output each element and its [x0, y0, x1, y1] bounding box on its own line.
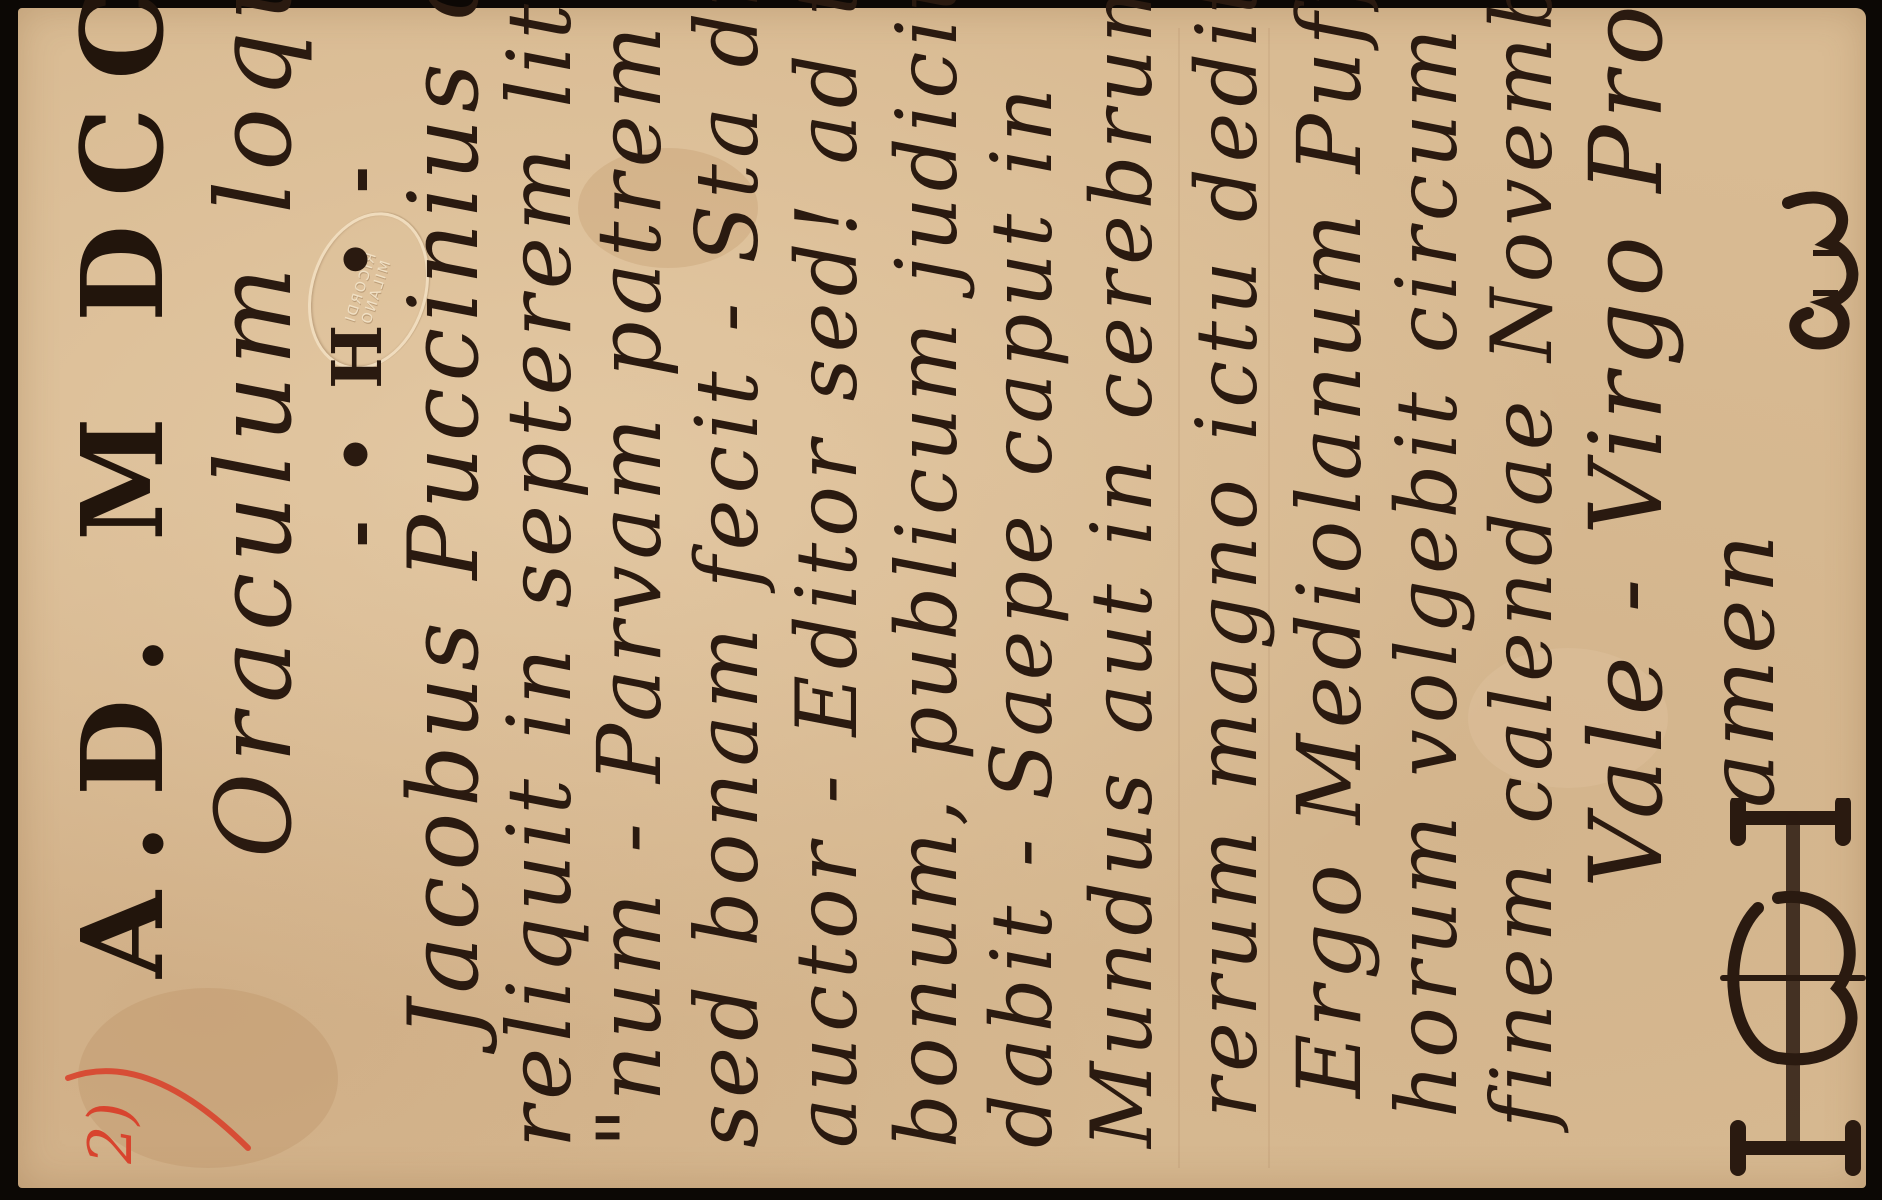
letter-line: horum volgebit circum [1378, 22, 1476, 1118]
handwritten-letter: A.D. M DCCCXCIV Oraculum loquitur! - • H… [18, 8, 1866, 1188]
letter-line: "num - Parvam patrem [578, 20, 681, 1148]
signature-monogram-icon [1718, 798, 1868, 1178]
letter-line: Mundus aut in cerebrum [1073, 0, 1171, 1148]
letter-line: reliquit in septerem lit:" [488, 0, 591, 1148]
letter-heading: Oraculum loquitur! [193, 0, 315, 858]
letter-line: finem calendae Novembris [1473, 0, 1571, 1128]
letter-date: A.D. M DCCCXCIV [58, 0, 189, 978]
letter-line: dabit - Saepe caput in [973, 82, 1071, 1148]
letter-line: Ergo Mediolanum Puffin [1278, 0, 1381, 1098]
postcard: RICORDI MILANO A.D. M DCCCXCIV Oraculum … [18, 8, 1866, 1188]
letter-separator: - • H • - [318, 156, 398, 548]
letter-line: Jacobus Puccinius caputem [388, 0, 500, 1038]
letter-closing: amen [1688, 528, 1795, 808]
letter-line: sed bonam fecit - Sta dixit [678, 0, 778, 1148]
letter-line: Vale - Virgo Probo [1568, 0, 1685, 888]
letter-line: rerum magno ictu dedit. [1178, 0, 1276, 1118]
ink-flourish-icon [1758, 183, 1868, 353]
letter-line: auctor - Editor sed! ad tempus [778, 0, 876, 1148]
red-annotation-number: 2) [76, 1102, 146, 1164]
letter-line: bonum, publicum judicium [878, 0, 976, 1148]
